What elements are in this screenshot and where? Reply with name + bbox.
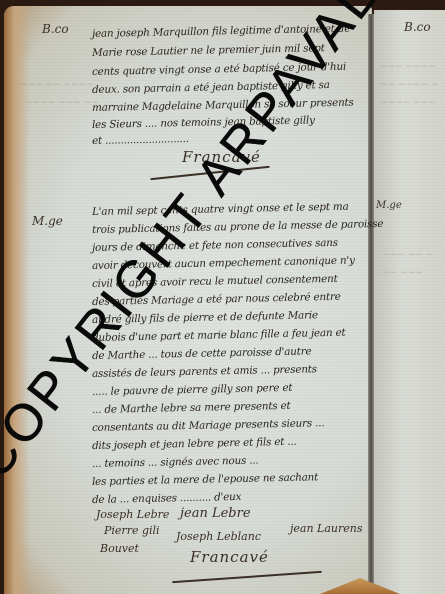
signature: Joseph Leblanc (176, 530, 261, 543)
bleed-through-text: ~~ ~~~ (382, 268, 423, 278)
bleed-through-text: ~~~ ~~ ~~~~ (20, 80, 94, 90)
signature: Bouvet (100, 542, 139, 555)
signature: jean Laurens (290, 522, 363, 535)
bleed-through-text: ~~~~ ~~~ (380, 98, 436, 108)
margin-note-marriage: M.ge (32, 214, 63, 228)
right-margin-note-baptism: B.co (404, 20, 431, 34)
bleed-through-text: ~~~~ ~~~ ~~ (25, 98, 99, 108)
signature: Pierre gili (104, 524, 160, 537)
signature-priest: Francavé (190, 548, 269, 566)
signature: jean Lebre (180, 506, 251, 521)
bleed-through-text: ~~ ~~~~ ~ (380, 80, 439, 90)
margin-note-baptism: B.co (42, 22, 69, 36)
signature: Joseph Lebre (96, 508, 169, 521)
register-spread: ~~~ ~~ ~~~~ ~~~~ ~~~ ~~ ~~~ ~~~~ ~~ ~~~~… (0, 0, 445, 594)
entry-1-line: et ........................... (92, 133, 189, 147)
right-margin-note-marriage: M.ge (376, 200, 402, 211)
bleed-through-text: ~~~ ~~~~ (380, 62, 436, 72)
bleed-through-text: ~~~ ~~ ~ (382, 250, 433, 260)
